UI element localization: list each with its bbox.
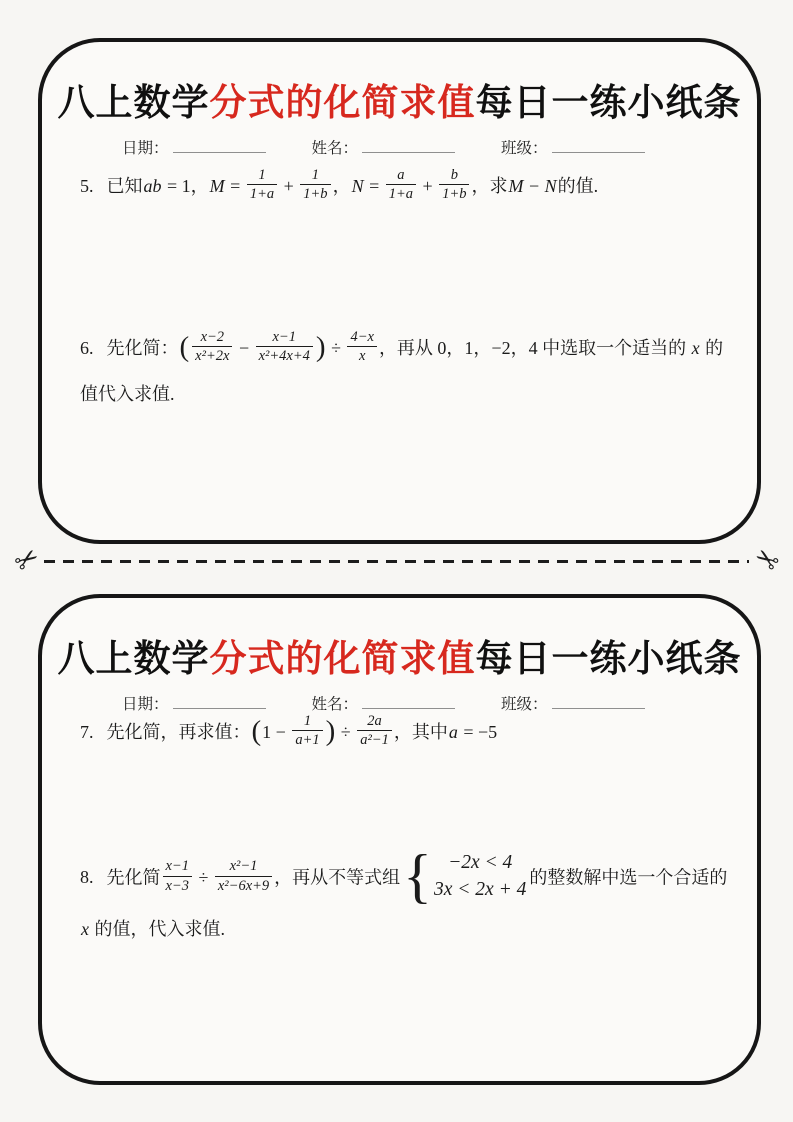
problem-7: 7.先化简，再求值：(1 − 1a+1) ÷ 2aa²−1，其中a = −5 — [80, 710, 737, 756]
class-blank-line — [552, 694, 645, 709]
math-fraction: 2aa²−1 — [357, 712, 392, 751]
math-text: ，再从 0，1，−2，4 中选取一个适当的 — [379, 338, 691, 358]
title-suffix: 每日一练小纸条 — [476, 639, 742, 680]
name-blank-line — [362, 694, 455, 709]
title-suffix: 每日一练小纸条 — [476, 83, 742, 124]
class-label: 班级： — [501, 140, 548, 157]
math-variable: M — [209, 176, 226, 196]
fraction-denominator: x — [347, 347, 376, 366]
name-blank-line — [362, 138, 455, 153]
fraction-denominator: a+1 — [292, 731, 322, 750]
fraction-numerator: 2a — [357, 712, 392, 732]
math-text: 先化简 — [107, 867, 161, 887]
class-blank-line — [552, 138, 645, 153]
math-fraction: 4−xx — [347, 328, 376, 367]
math-variable: ab — [143, 176, 163, 196]
inequality-system: {−2x < 43x < 2x + 4 — [403, 849, 526, 904]
math-text: = −5 — [459, 722, 497, 742]
math-fraction: 1a+1 — [292, 712, 322, 751]
worksheet-card-top: 八上数学分式的化简求值每日一练小纸条 日期： 姓名： 班级： 5.已知ab = … — [38, 38, 761, 544]
math-text: ，再从不等式组 — [274, 867, 400, 887]
math-text: 的整数解中选一个合适的 — [529, 867, 727, 887]
system-rows: −2x < 43x < 2x + 4 — [434, 849, 526, 904]
math-fraction: x²−1x²−6x+9 — [215, 857, 272, 896]
title-prefix: 八上数学 — [58, 639, 210, 680]
dashed-cut-rule — [44, 560, 748, 563]
math-text: 先化简： — [107, 338, 179, 358]
class-field: 班级： — [501, 136, 645, 158]
fraction-denominator: 1+b — [439, 185, 469, 204]
problem-5: 5.已知ab = 1，M = 11+a + 11+b，N = a1+a + b1… — [80, 164, 737, 210]
math-variable: M — [507, 176, 524, 196]
fraction-numerator: 4−x — [347, 328, 376, 348]
cut-line: ✂ ✂ — [16, 543, 777, 579]
left-brace: { — [403, 855, 432, 897]
math-variable: a — [448, 722, 459, 742]
scissors-icon: ✂ — [748, 543, 783, 579]
fraction-numerator: 1 — [292, 712, 322, 732]
math-text: 先化简，再求值： — [107, 722, 251, 742]
fraction-numerator: a — [386, 166, 416, 186]
math-fraction: a1+a — [386, 166, 416, 205]
math-text: − — [234, 338, 253, 358]
date-field: 日期： — [122, 136, 266, 158]
math-fraction: 11+b — [300, 166, 330, 205]
math-fraction: x−1x−3 — [163, 857, 192, 896]
math-variable: N — [351, 176, 365, 196]
math-text: ，求 — [471, 176, 507, 196]
fraction-numerator: b — [439, 166, 469, 186]
fraction-numerator: 1 — [300, 166, 330, 186]
fraction-denominator: x²+2x — [192, 347, 232, 366]
math-text: 1 − — [262, 722, 290, 742]
math-text: + — [418, 176, 437, 196]
fraction-denominator: 1+a — [247, 185, 277, 204]
math-text: 的值. — [558, 176, 599, 196]
math-text: ÷ — [336, 722, 355, 742]
title-highlight: 分式的化简求值 — [210, 83, 476, 124]
fraction-numerator: x−1 — [163, 857, 192, 877]
problem-number: 8. — [80, 867, 94, 887]
fraction-denominator: x²−6x+9 — [215, 877, 272, 896]
math-text: ，其中 — [394, 722, 448, 742]
problem-number: 7. — [80, 722, 94, 742]
system-row: 3x < 2x + 4 — [434, 876, 526, 903]
fraction-numerator: x²−1 — [215, 857, 272, 877]
header-fields-row: 日期： 姓名： 班级： — [122, 136, 707, 158]
problem-8: 8.先化简x−1x−3 ÷ x²−1x²−6x+9，再从不等式组{−2x < 4… — [80, 852, 737, 952]
math-text: ， — [333, 176, 351, 196]
fraction-denominator: 1+a — [386, 185, 416, 204]
math-text: ÷ — [327, 338, 346, 358]
math-text: = — [365, 176, 384, 196]
fraction-denominator: x−3 — [163, 877, 192, 896]
fraction-denominator: a²−1 — [357, 731, 392, 750]
math-variable: N — [544, 176, 558, 196]
fraction-numerator: 1 — [247, 166, 277, 186]
scissors-icon: ✂ — [10, 543, 45, 579]
math-variable: x — [691, 338, 701, 358]
name-field: 姓名： — [312, 136, 456, 158]
worksheet-title: 八上数学分式的化简求值每日一练小纸条 — [42, 628, 757, 682]
math-fraction: b1+b — [439, 166, 469, 205]
math-variable: x — [80, 919, 90, 939]
worksheet-title: 八上数学分式的化简求值每日一练小纸条 — [42, 72, 757, 126]
title-prefix: 八上数学 — [58, 83, 210, 124]
date-label: 日期： — [122, 140, 169, 157]
math-fraction: 11+a — [247, 166, 277, 205]
math-text: ÷ — [194, 867, 213, 887]
title-highlight: 分式的化简求值 — [210, 639, 476, 680]
math-fraction: x−1x²+4x+4 — [256, 328, 313, 367]
math-text: + — [279, 176, 298, 196]
fraction-numerator: x−2 — [192, 328, 232, 348]
problem-number: 5. — [80, 176, 94, 196]
date-blank-line — [173, 694, 266, 709]
math-text: = — [226, 176, 245, 196]
problem-6: 6.先化简：(x−2x²+2x − x−1x²+4x+4) ÷ 4−xx，再从 … — [80, 326, 737, 418]
math-text: = 1， — [163, 176, 209, 196]
problem-number: 6. — [80, 338, 94, 358]
math-fraction: x−2x²+2x — [192, 328, 232, 367]
fraction-denominator: x²+4x+4 — [256, 347, 313, 366]
name-label: 姓名： — [312, 140, 359, 157]
system-row: −2x < 4 — [448, 849, 512, 876]
fraction-numerator: x−1 — [256, 328, 313, 348]
math-text: − — [524, 176, 543, 196]
worksheet-card-bottom: 八上数学分式的化简求值每日一练小纸条 日期： 姓名： 班级： 7.先化简，再求值… — [38, 594, 761, 1085]
math-text: 的值，代入求值. — [90, 919, 225, 939]
math-text: 已知 — [107, 176, 143, 196]
fraction-denominator: 1+b — [300, 185, 330, 204]
date-blank-line — [173, 138, 266, 153]
